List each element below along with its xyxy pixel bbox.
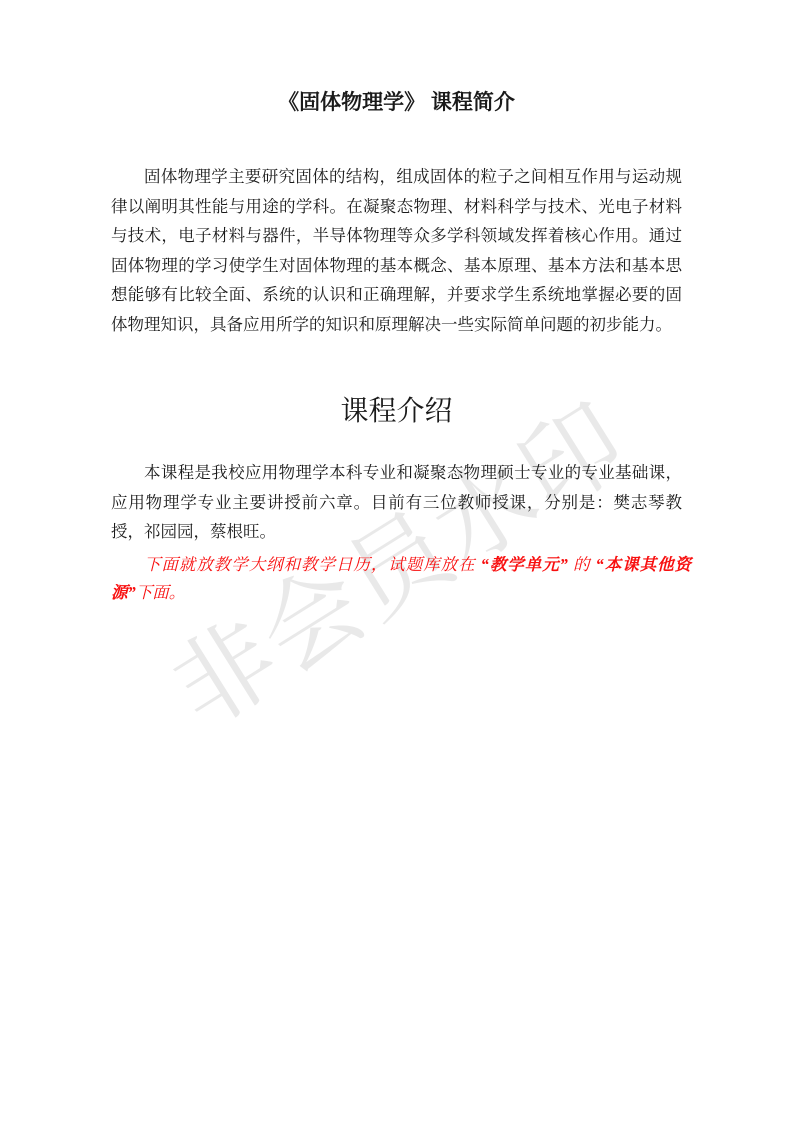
document-page: 非会员水印 《固体物理学》 课程简介 固体物理学主要研究固体的结构，组成固体的粒… (0, 0, 793, 1122)
note-text: 下面。 (136, 583, 186, 602)
intro-paragraph: 固体物理学主要研究固体的结构，组成固体的粒子之间相互作用与运动规律以阐明其性能与… (111, 162, 682, 339)
note-paragraph: 下面就放教学大纲和教学日历，试题库放在 “教学单元” 的 “本课其他资源”下面。 (111, 551, 691, 607)
note-text: 下面就放教学大纲和教学日历，试题库放在 (144, 555, 481, 574)
section-title: 课程介绍 (111, 393, 682, 429)
note-emphasis: “教学单元” (481, 555, 568, 574)
section-paragraph: 本课程是我校应用物理学本科专业和凝聚态物理硕士专业的专业基础课，应用物理学专业主… (111, 458, 682, 547)
document-title: 《固体物理学》 课程简介 (111, 88, 682, 118)
note-text: 的 (568, 555, 596, 574)
